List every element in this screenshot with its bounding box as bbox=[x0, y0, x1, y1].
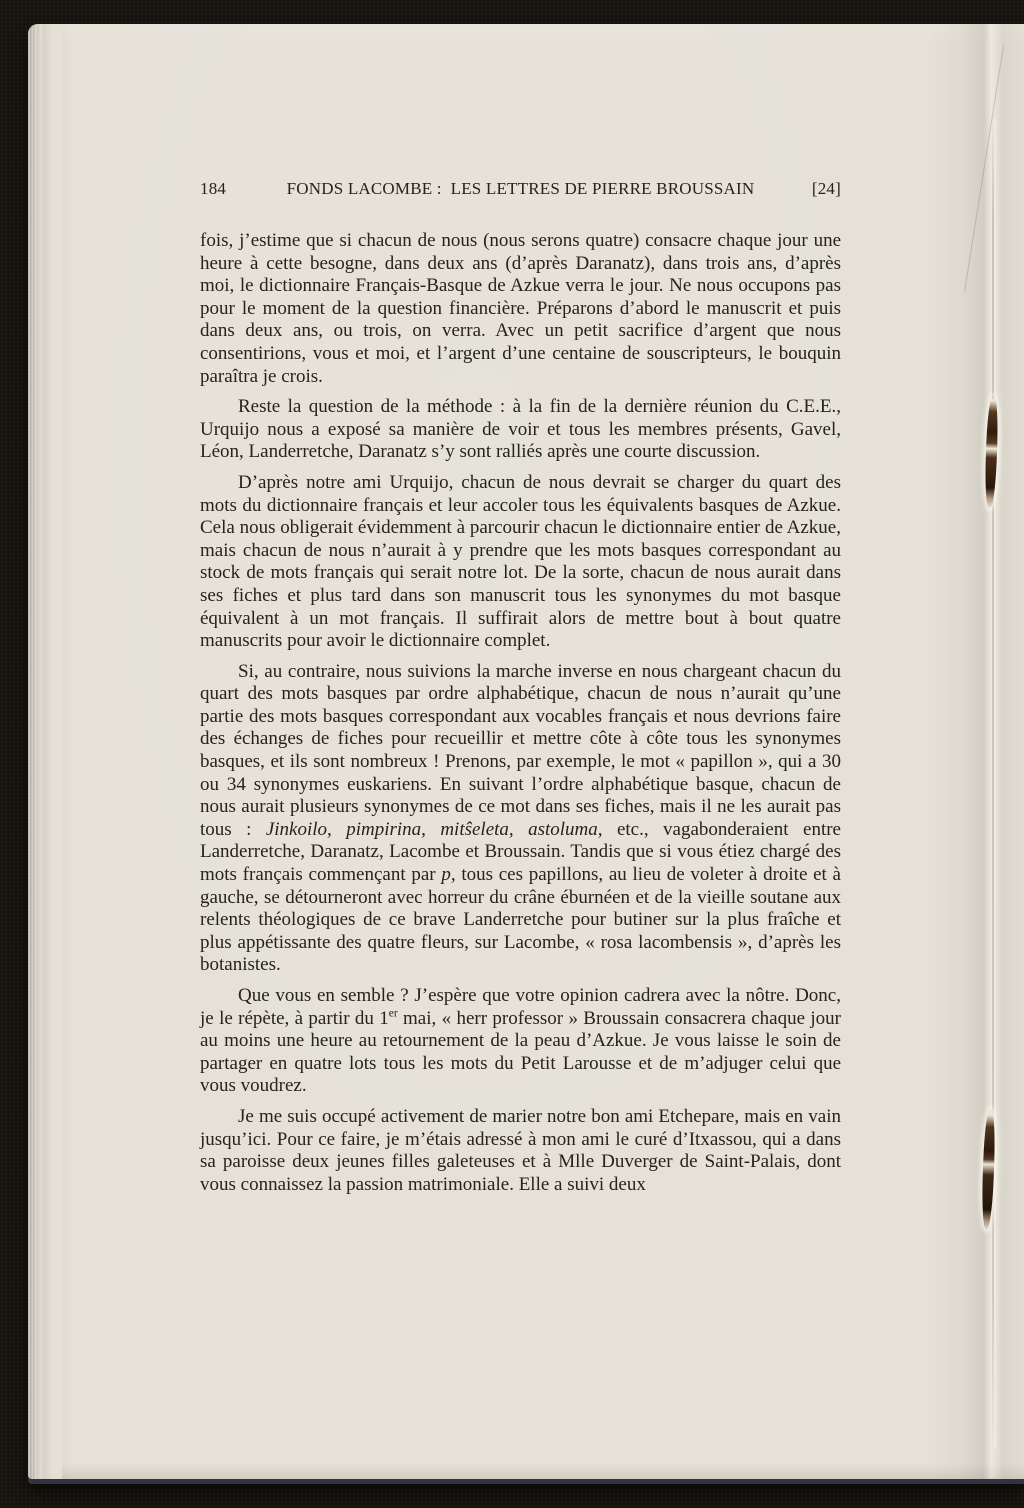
text-segment: D’après notre ami Urquijo, chacun de nou… bbox=[200, 472, 841, 651]
text-segment: p, bbox=[441, 864, 455, 885]
photo-background: 184 FONDS LACOMBE : LES LETTRES DE PIERR… bbox=[0, 0, 1024, 1508]
text-segment: Reste la question de la méthode : à la f… bbox=[200, 396, 841, 462]
gutter-crease bbox=[992, 119, 994, 1449]
paragraph: fois, j’estime que si chacun de nous (no… bbox=[200, 230, 841, 388]
running-title: FONDS LACOMBE : LES LETTRES DE PIERRE BR… bbox=[287, 179, 755, 199]
page-edge-stack bbox=[28, 24, 62, 1479]
letter-text: fois, j’estime que si chacun de nous (no… bbox=[200, 230, 841, 1204]
paragraph: Si, au contraire, nous suivions la march… bbox=[200, 661, 841, 977]
binding-gutter-shading bbox=[928, 24, 1024, 1479]
paragraph: Reste la question de la méthode : à la f… bbox=[200, 396, 841, 464]
letter-number: [24] bbox=[754, 179, 841, 199]
paragraph: D’après notre ami Urquijo, chacun de nou… bbox=[200, 472, 841, 653]
book-page: 184 FONDS LACOMBE : LES LETTRES DE PIERR… bbox=[28, 24, 1024, 1479]
running-header: 184 FONDS LACOMBE : LES LETTRES DE PIERR… bbox=[200, 179, 841, 199]
text-segment: fois, j’estime que si chacun de nous (no… bbox=[200, 230, 841, 387]
text-segment: er bbox=[389, 1007, 398, 1019]
text-segment: Jinkoilo, pimpirina, mitŝeleta, astoluma… bbox=[266, 819, 603, 840]
text-segment: Je me suis occupé activement de marier n… bbox=[200, 1106, 841, 1195]
text-segment: Si, au contraire, nous suivions la march… bbox=[200, 661, 841, 840]
paragraph: Que vous en semble ? J’espère que votre … bbox=[200, 985, 841, 1098]
page-number: 184 bbox=[200, 179, 287, 199]
paragraph: Je me suis occupé activement de marier n… bbox=[200, 1106, 841, 1196]
